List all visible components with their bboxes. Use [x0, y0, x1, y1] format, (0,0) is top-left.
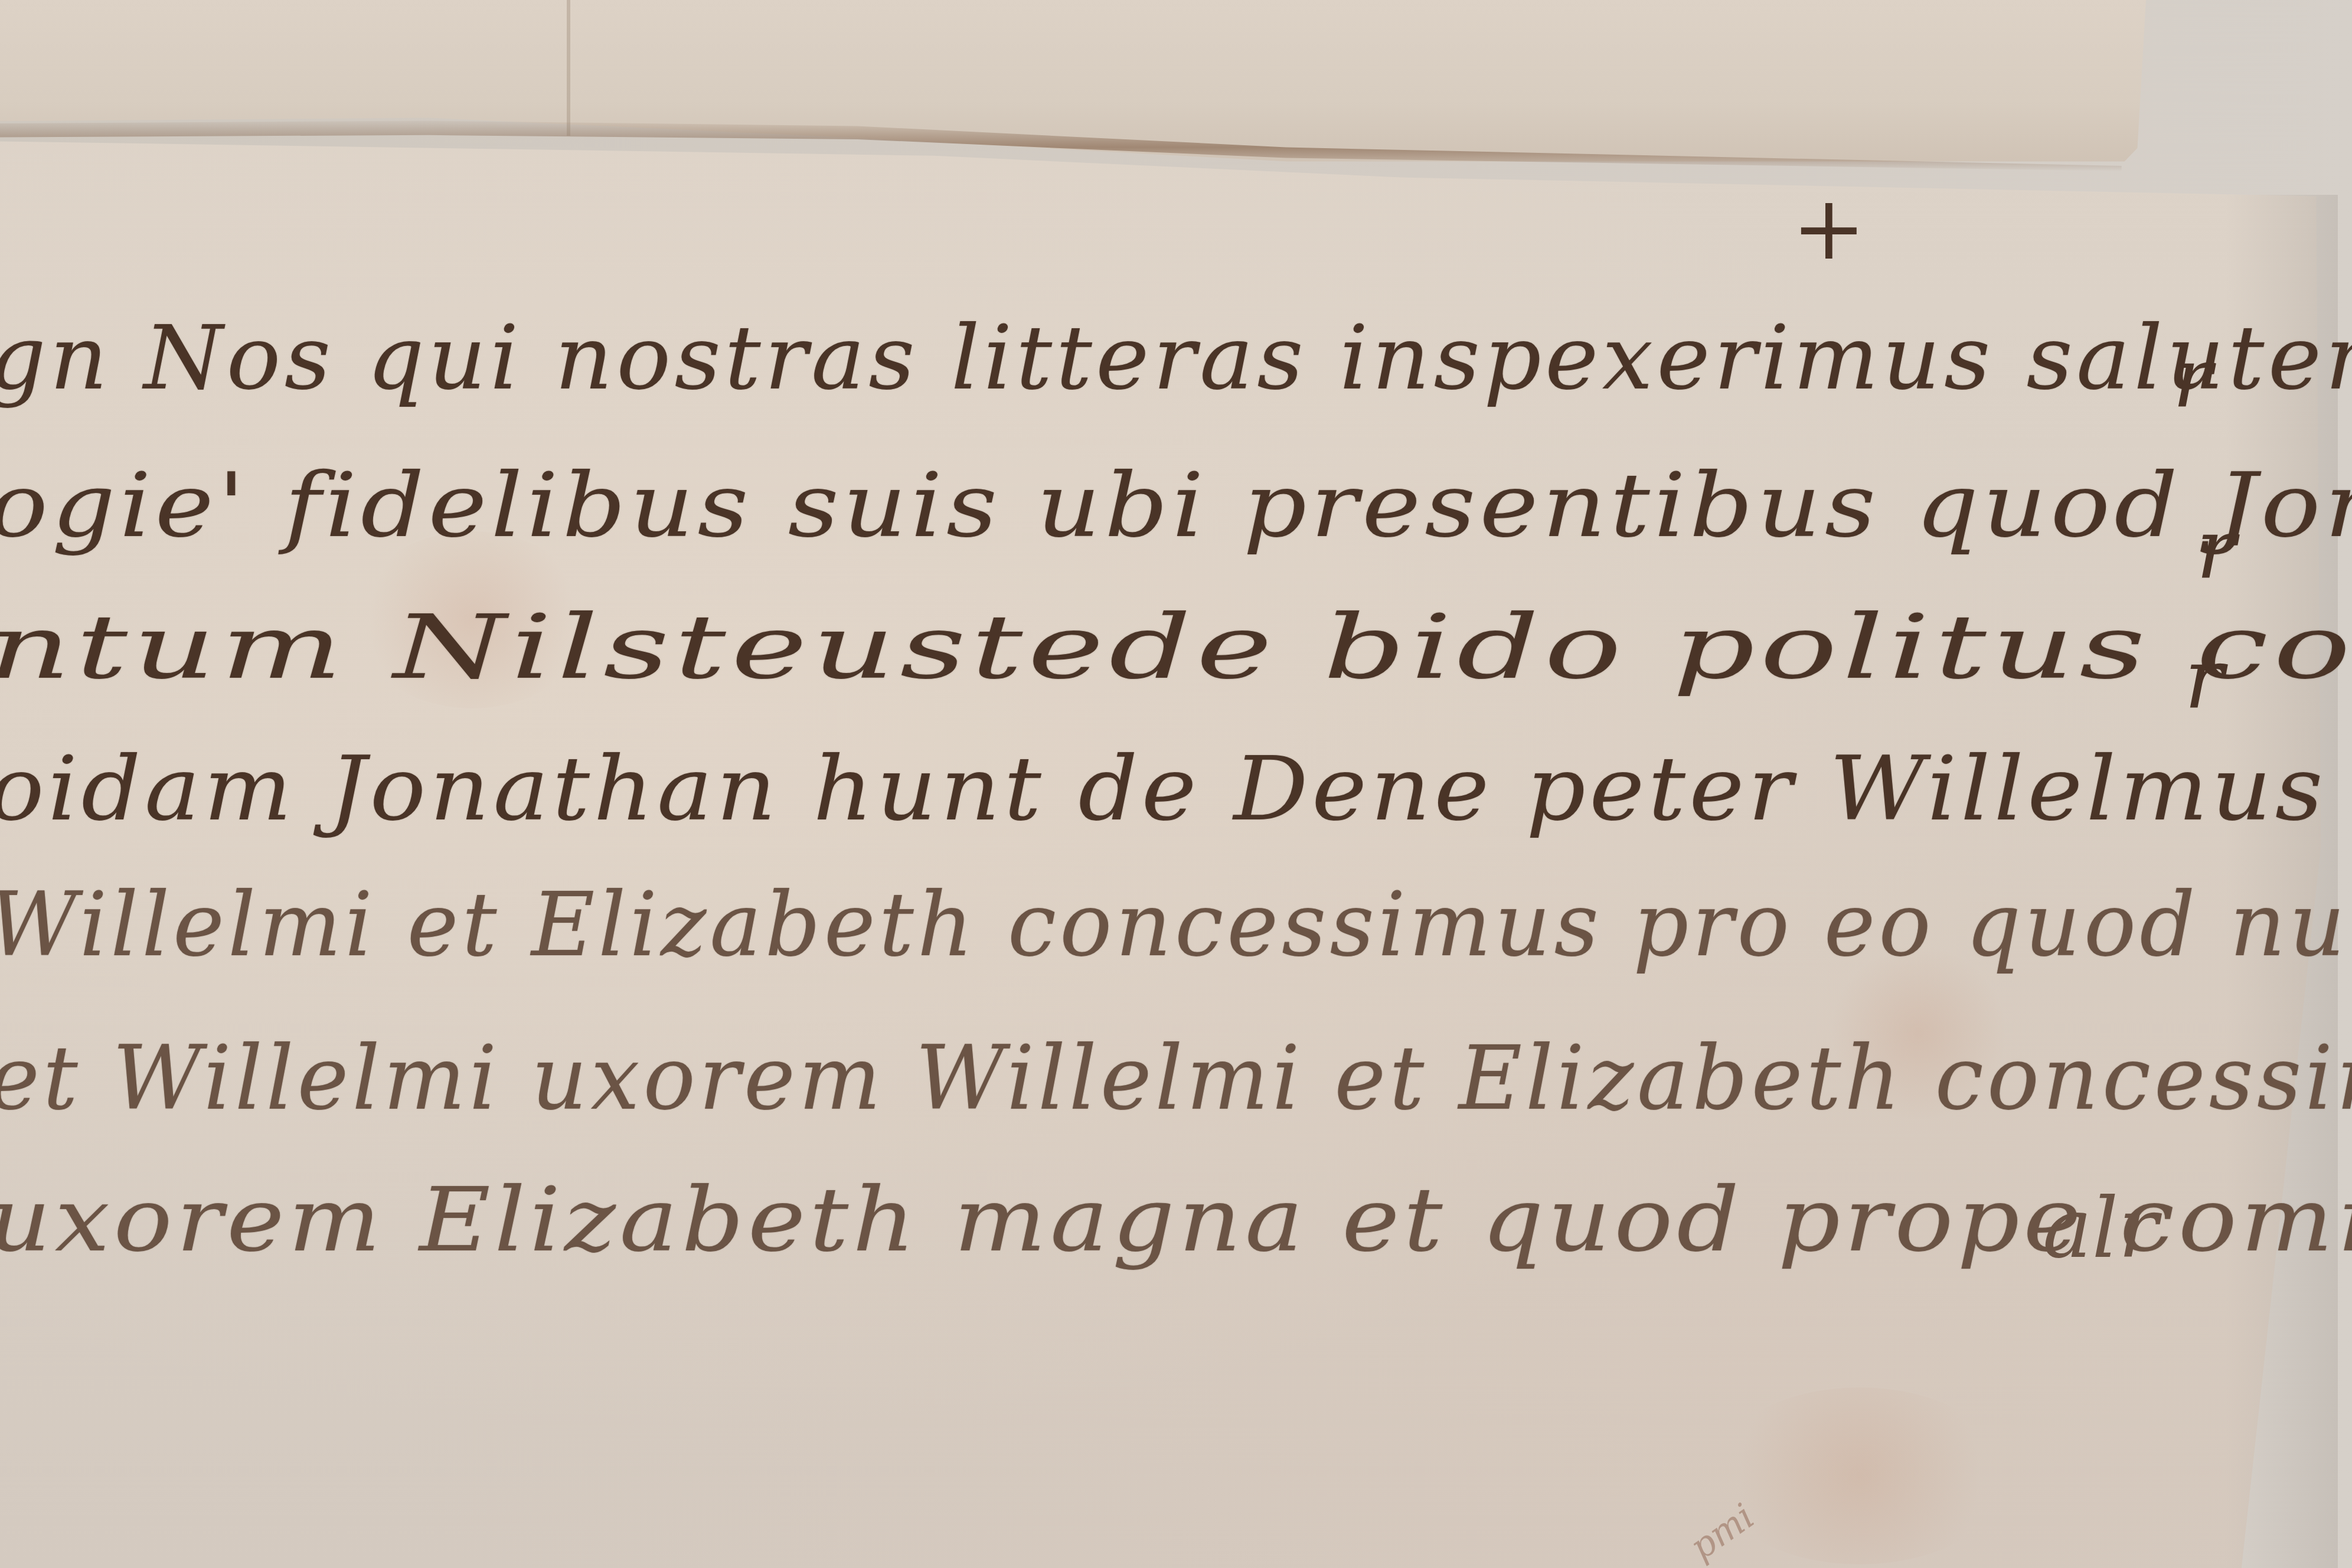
manuscript-line-1: gn Nos qui nostras litteras inspexerimus… [0, 307, 2352, 410]
manuscript-line-7: uxorem Elizabeth magna et quod prope com… [0, 1169, 2352, 1272]
upper-strip-fold-line [567, 0, 570, 136]
manuscript-line-2: ogie' fidelibus suis ubi presentibus quo… [0, 455, 2352, 557]
line-end-mark-1: r [2173, 331, 2212, 427]
line-end-mark-7: alr [2043, 1181, 2158, 1277]
parchment-stain [1712, 1387, 2007, 1564]
line-end-mark-3: r [2184, 632, 2224, 728]
manuscript-line-5: Willelmi et Elizabeth concessimus pro eo… [0, 874, 2352, 976]
line-end-mark-2: r [2196, 502, 2236, 598]
manuscript-line-6: et Willelmi uxorem Willelmi et Elizabeth… [0, 1027, 2352, 1130]
manuscript-line-3: ntum Nilsteustede bido politus commentoi… [0, 596, 2352, 699]
manuscript-line-4: oidam Jonathan hunt de Dene peter Willel… [0, 738, 2352, 841]
top-cross-mark: + [1792, 177, 1866, 280]
